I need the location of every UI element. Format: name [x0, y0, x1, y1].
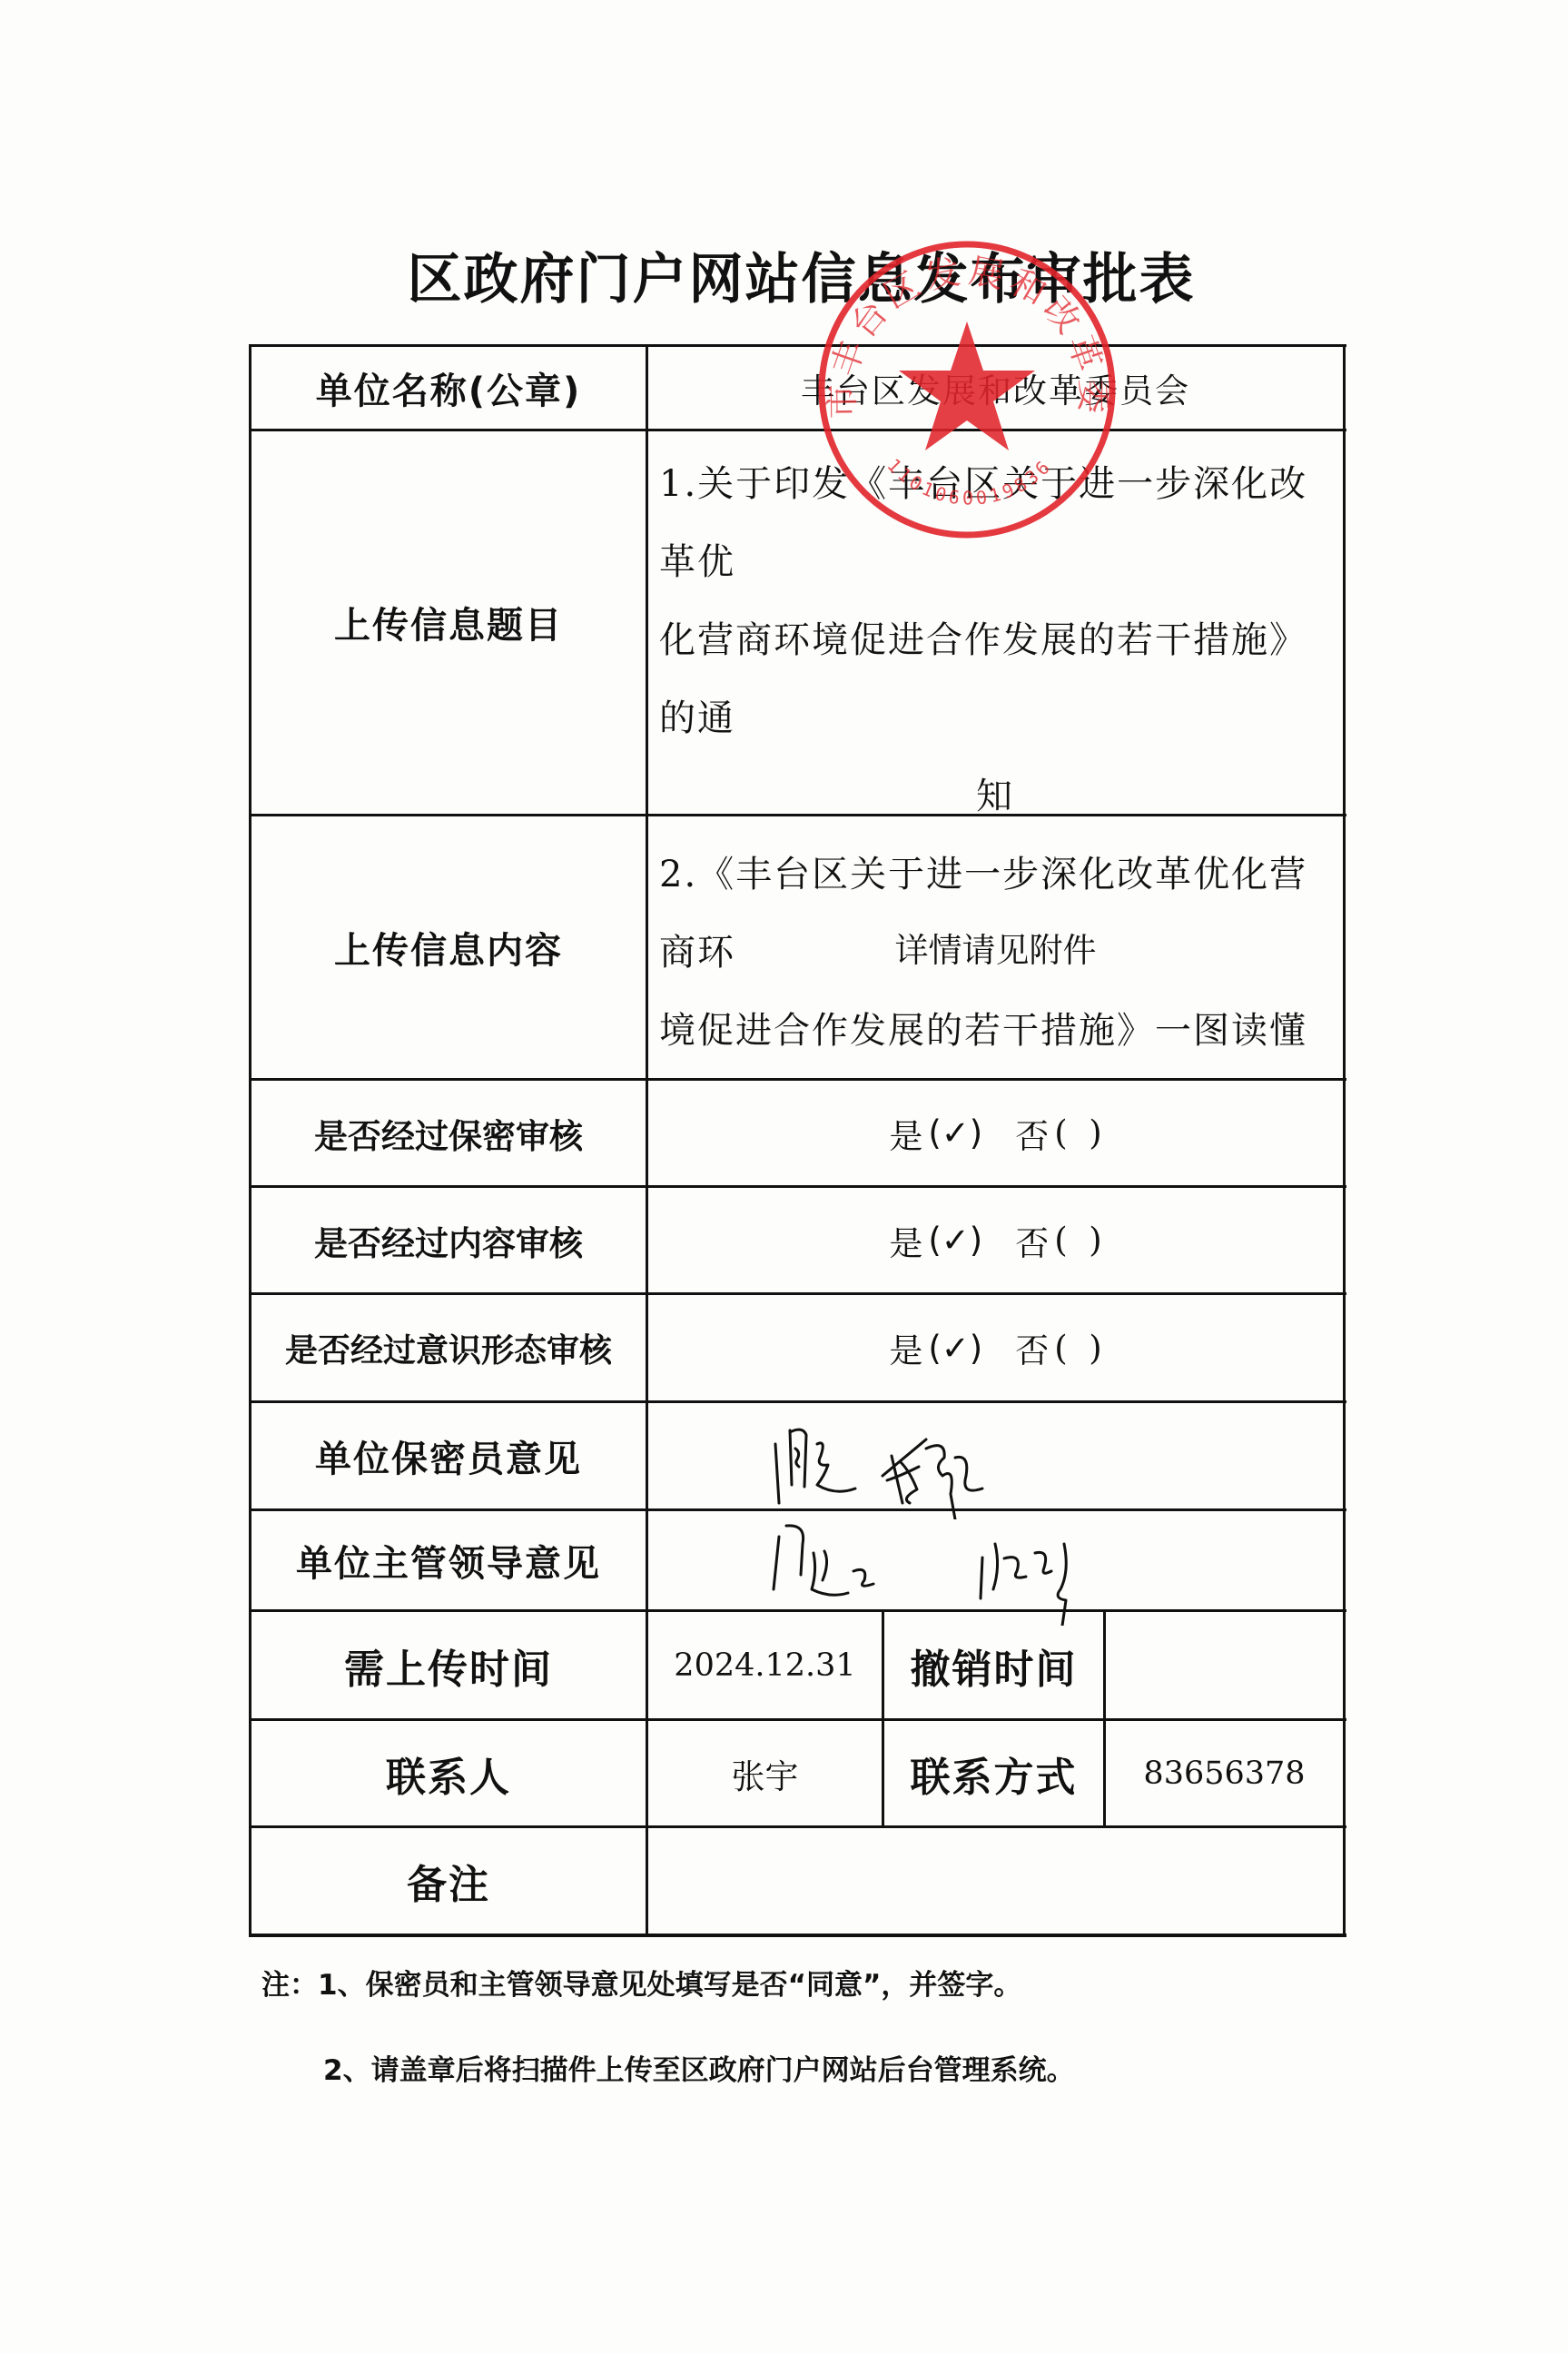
- secrecy-review-no-box[interactable]: ( ): [1054, 1113, 1101, 1152]
- ideology-review-no-box[interactable]: ( ): [1054, 1329, 1101, 1368]
- table-border-right: [1343, 344, 1346, 1937]
- upload-title-line: 1.关于印发《丰台区关于进一步深化改革优: [659, 445, 1331, 601]
- content-review-options: 是 (✓) 否 ( ): [648, 1188, 1343, 1292]
- secrecy-officer-opinion-field[interactable]: [648, 1403, 1343, 1508]
- content-review-label: 是否经过内容审核: [251, 1188, 646, 1292]
- leader-opinion-label: 单位主管领导意见: [251, 1511, 646, 1609]
- contact-method-value[interactable]: 83656378: [1106, 1721, 1343, 1825]
- ideology-review-no[interactable]: 否: [1015, 1323, 1049, 1372]
- secrecy-officer-opinion-label: 单位保密员意见: [251, 1403, 646, 1508]
- content-review-yes[interactable]: 是: [889, 1216, 922, 1265]
- remarks-value[interactable]: [648, 1828, 1343, 1934]
- checkmark-icon[interactable]: (✓): [928, 1113, 982, 1152]
- document-title: 区政府门户网站信息发布审批表: [0, 243, 1568, 316]
- checkmark-icon[interactable]: (✓): [928, 1329, 982, 1368]
- secrecy-review-yes[interactable]: 是: [889, 1109, 922, 1158]
- upload-content-value: 详情请见附件: [648, 816, 1343, 1078]
- upload-title-line: 化营商环境促进合作发展的若干措施》的通: [659, 601, 1331, 757]
- upload-time-value[interactable]: 2024.12.31: [648, 1612, 882, 1718]
- remarks-label: 备注: [251, 1828, 646, 1934]
- ideology-review-options: 是 (✓) 否 ( ): [648, 1295, 1343, 1400]
- content-review-no-box[interactable]: ( ): [1054, 1221, 1101, 1260]
- checkmark-icon[interactable]: (✓): [928, 1221, 982, 1260]
- unit-name-label: 单位名称(公章): [251, 347, 646, 429]
- note-2: 2、请盖章后将扫描件上传至区政府门户网站后台管理系统。: [323, 2047, 1075, 2088]
- unit-name-value: 丰台区发展和改革委员会: [648, 347, 1343, 429]
- secrecy-review-no[interactable]: 否: [1015, 1109, 1049, 1158]
- revoke-time-value[interactable]: [1106, 1612, 1343, 1718]
- ideology-review-yes[interactable]: 是: [889, 1323, 922, 1372]
- ideology-review-label: 是否经过意识形态审核: [251, 1295, 646, 1400]
- secrecy-review-label: 是否经过保密审核: [251, 1081, 646, 1185]
- handwritten-signature-icon: [764, 1412, 1055, 1519]
- upload-time-label: 需上传时间: [251, 1612, 646, 1718]
- contact-person-label: 联系人: [251, 1721, 646, 1825]
- secrecy-review-options: 是 (✓) 否 ( ): [648, 1081, 1343, 1185]
- leader-opinion-field[interactable]: [648, 1511, 1343, 1609]
- table-border-bottom: [249, 1934, 1346, 1937]
- contact-person-value[interactable]: 张宇: [648, 1721, 882, 1825]
- revoke-time-label: 撤销时间: [884, 1612, 1103, 1718]
- upload-title-label: 上传信息题目: [251, 431, 646, 814]
- contact-method-label: 联系方式: [884, 1721, 1103, 1825]
- note-1: 注：1、保密员和主管领导意见处填写是否“同意”，并签字。: [261, 1962, 1021, 2003]
- upload-content-label: 上传信息内容: [251, 816, 646, 1078]
- content-review-no[interactable]: 否: [1015, 1216, 1049, 1265]
